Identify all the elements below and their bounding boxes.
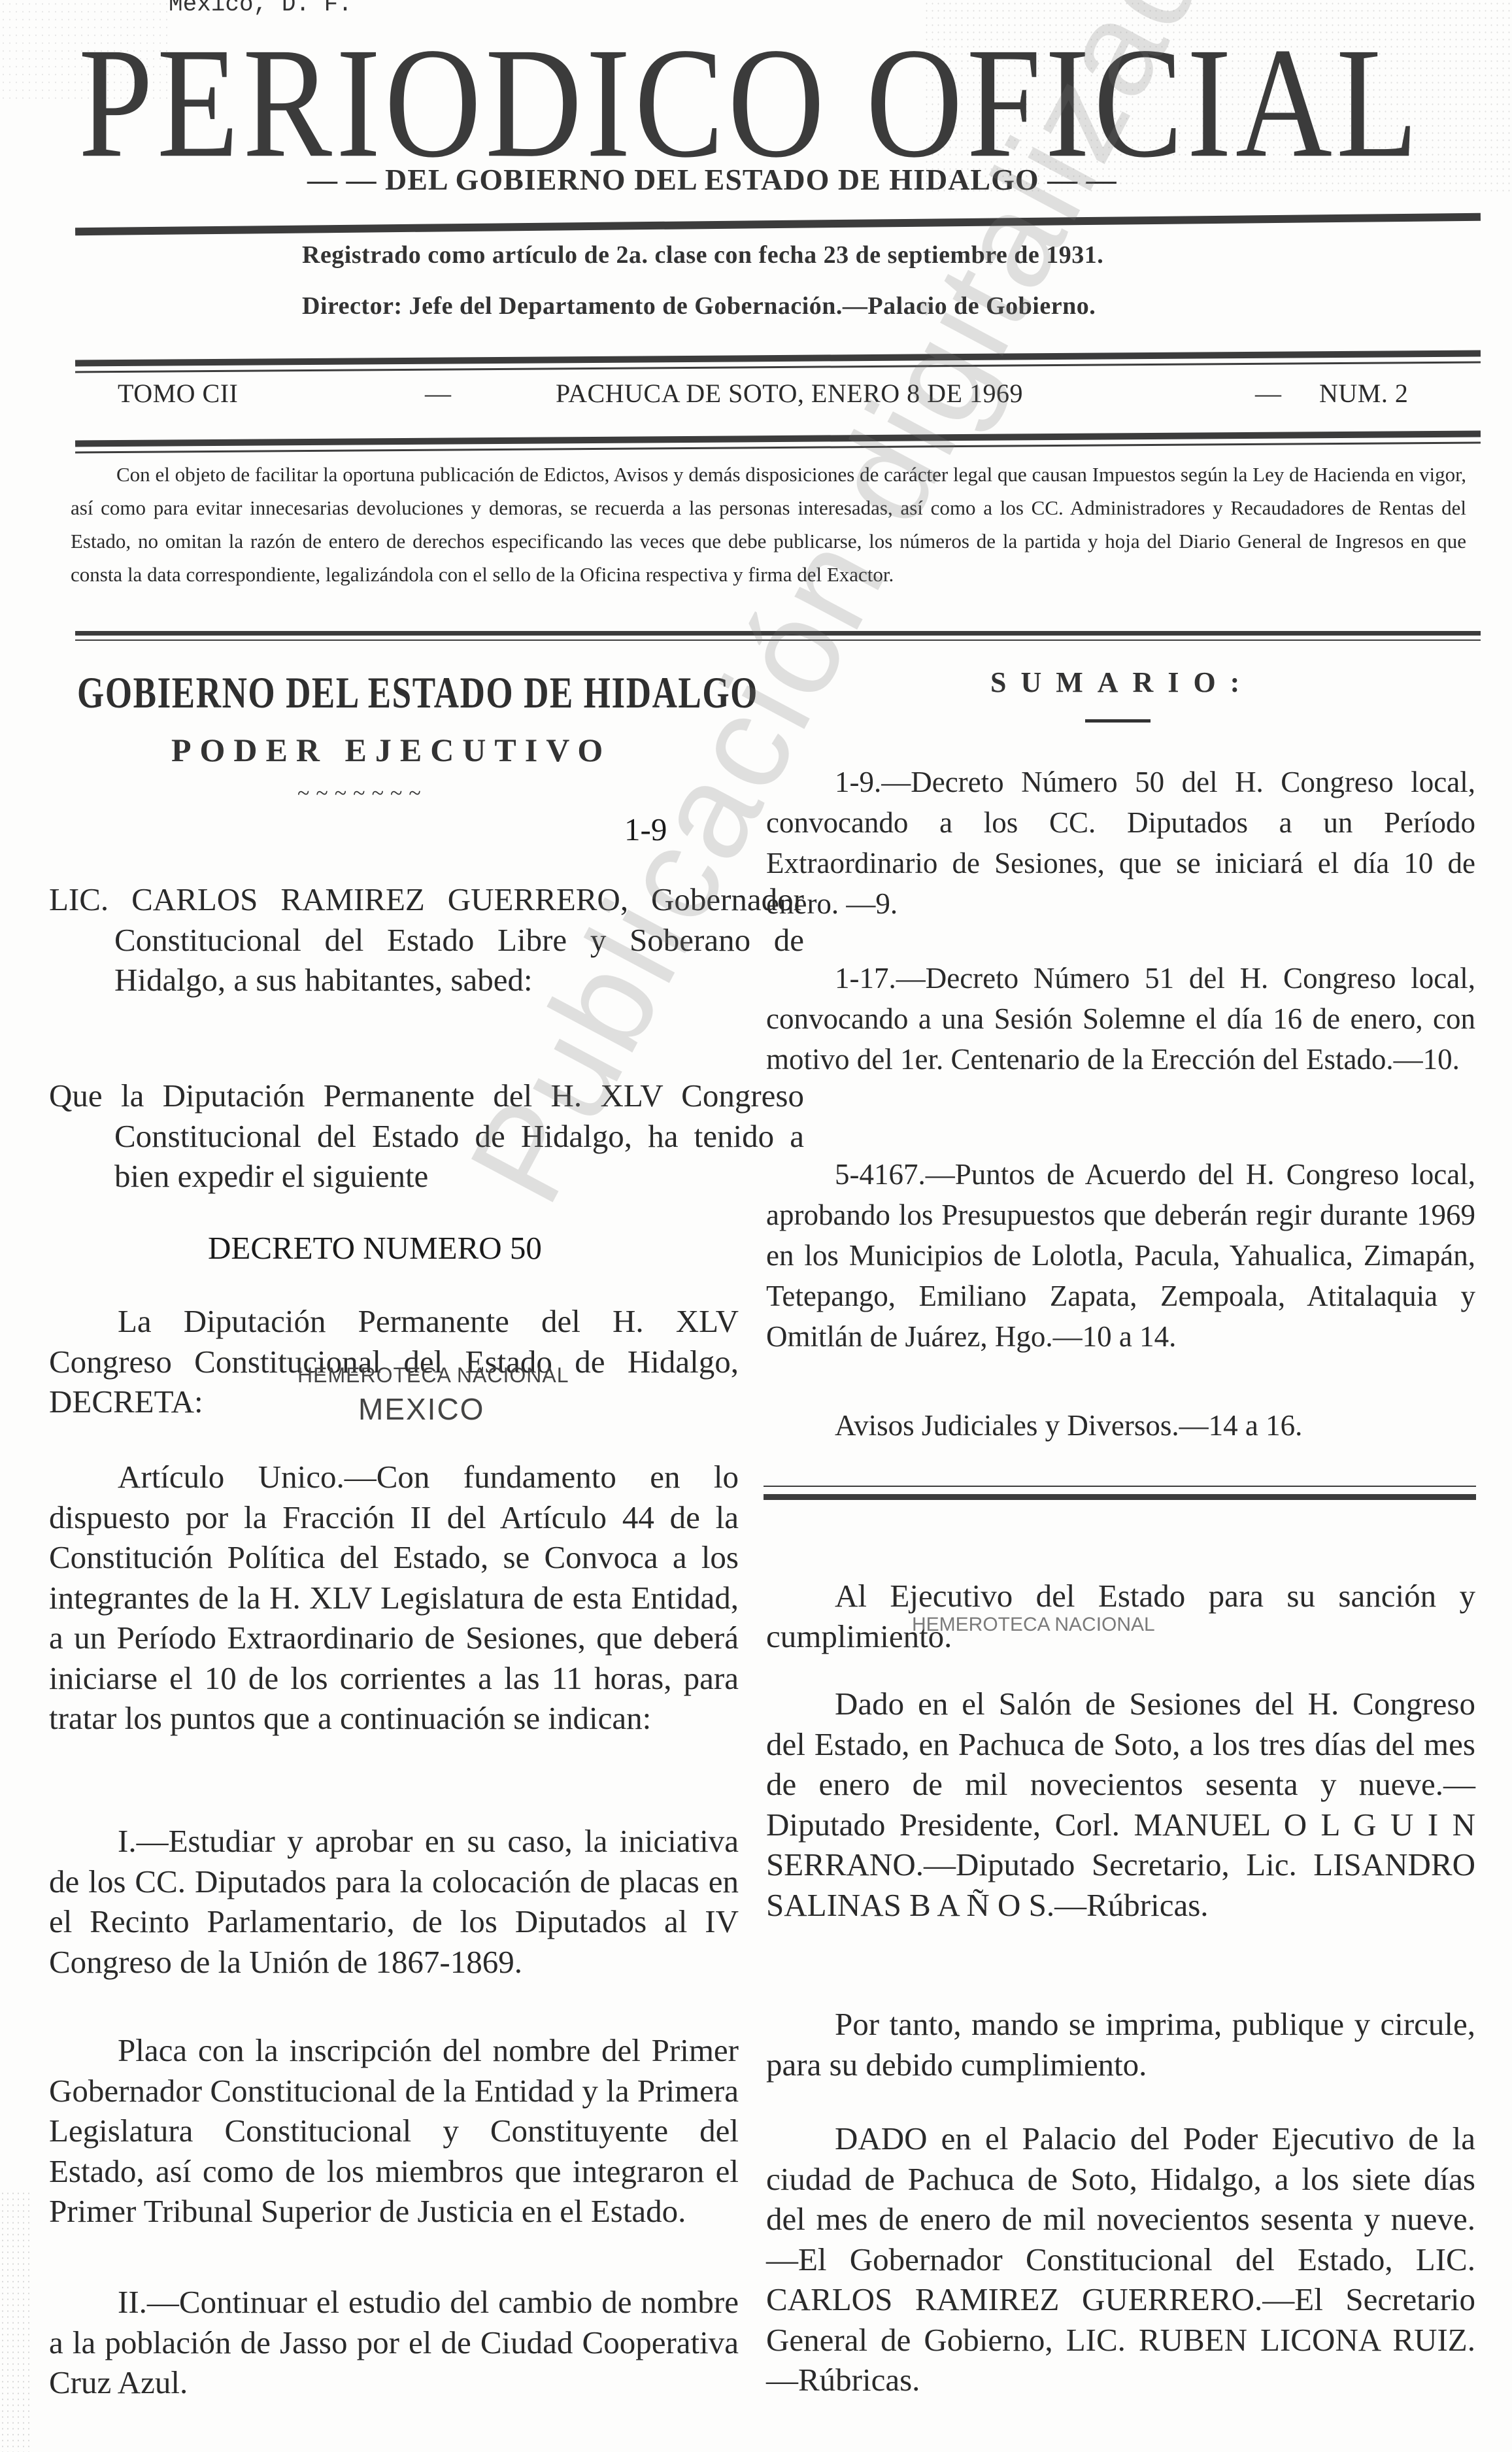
column-divider xyxy=(764,1494,1476,1500)
point-one: I.—Estudiar y aprobar en su caso, la ini… xyxy=(49,1821,739,1982)
sumario-item: 1-9.—Decreto Número 50 del H. Congreso l… xyxy=(766,762,1475,924)
newspaper-page: Mexico, D. F. PERIODICO OFICIAL — — DEL … xyxy=(0,0,1512,2452)
issue-number: NUM. 2 xyxy=(1319,378,1408,409)
sumario-item: Avisos Judiciales y Diversos.—14 a 16. xyxy=(766,1406,1475,1445)
tomo-label: TOMO CII xyxy=(118,378,238,409)
dado-palacio-paragraph: DADO en el Palacio del Poder Ejecutivo d… xyxy=(766,2119,1475,2400)
articulo-unico: Artículo Unico.—Con fundamento en lo dis… xyxy=(49,1457,739,1739)
placa-paragraph: Placa con la inscripción del nombre del … xyxy=(49,2030,739,2232)
por-tanto-paragraph: Por tanto, mando se imprima, publique y … xyxy=(766,2004,1475,2085)
dado-congreso-paragraph: Dado en el Salón de Sesiones del H. Cong… xyxy=(766,1684,1475,1925)
library-stamp-line1: HEMEROTECA NACIONAL xyxy=(297,1363,569,1388)
masthead-subtitle: — — DEL GOBIERNO DEL ESTADO DE HIDALGO —… xyxy=(307,162,1222,197)
sumario-title: SUMARIO: xyxy=(990,666,1254,699)
registration-line: Registrado como artículo de 2a. clase co… xyxy=(302,241,1103,269)
scan-noise xyxy=(0,2190,33,2452)
issue-info-row: TOMO CII — PACHUCA DE SOTO, ENERO 8 DE 1… xyxy=(118,378,1464,417)
dash: — xyxy=(1255,378,1282,409)
notice-divider xyxy=(75,631,1481,636)
director-line: Director: Jefe del Departamento de Gober… xyxy=(302,292,1096,320)
dash: — xyxy=(425,378,452,409)
library-stamp-line2: MEXICO xyxy=(358,1391,484,1427)
sumario-item: 1-17.—Decreto Número 51 del H. Congreso … xyxy=(766,958,1475,1080)
section-subheading: PODER EJECUTIVO xyxy=(171,731,611,769)
sumario-underline xyxy=(1085,719,1151,723)
notice-text: Con el objeto de facilitar la oportuna p… xyxy=(71,458,1466,591)
library-stamp-faint: HEMEROTECA NACIONAL xyxy=(912,1614,1155,1636)
point-two: II.—Continuar el estudio del cambio de n… xyxy=(49,2282,739,2403)
section-heading: GOBIERNO DEL ESTADO DE HIDALGO xyxy=(77,667,758,719)
header-divider xyxy=(75,213,1481,236)
masthead-title: PERIODICO OFICIAL xyxy=(78,26,1484,180)
sumario-item: 5-4167.—Puntos de Acuerdo del H. Congres… xyxy=(766,1154,1475,1357)
notice-divider-thin xyxy=(75,639,1481,641)
diputacion-paragraph: Que la Diputación Permanente del H. XLV … xyxy=(49,1076,804,1197)
ornament-divider: ~~~~~~~ xyxy=(297,781,428,806)
governor-intro: LIC. CARLOS RAMIREZ GUERRERO, Gobernador… xyxy=(49,879,804,1000)
reference-number: 1-9 xyxy=(624,811,667,848)
column-divider-thin xyxy=(764,1486,1476,1487)
decree-title: DECRETO NUMERO 50 xyxy=(208,1229,542,1267)
place-date: PACHUCA DE SOTO, ENERO 8 DE 1969 xyxy=(556,378,1023,409)
publication-notice: Con el objeto de facilitar la oportuna p… xyxy=(71,458,1466,591)
